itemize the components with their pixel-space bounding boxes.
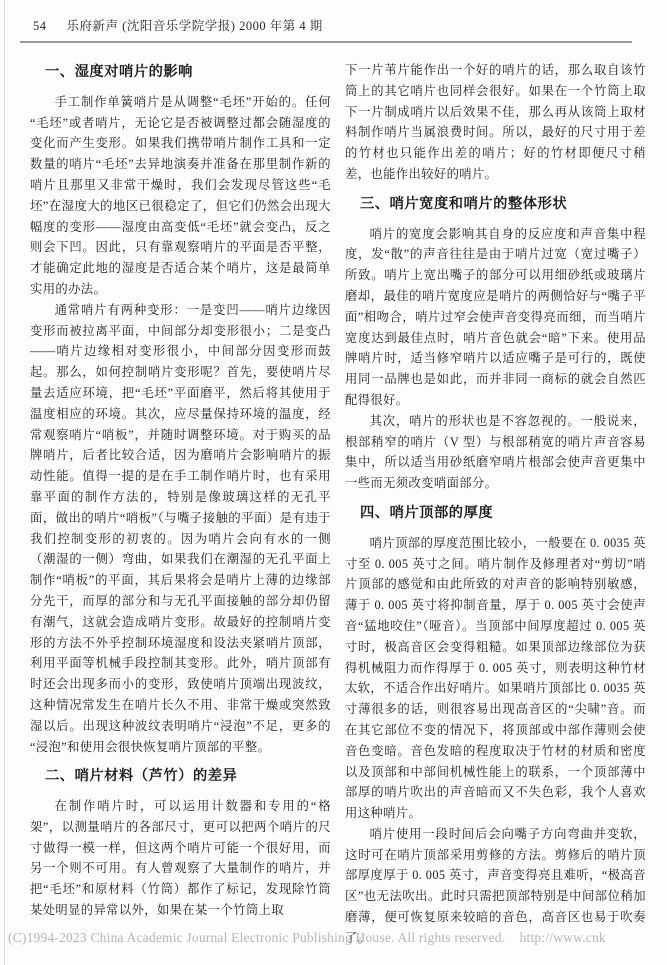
section-3-paragraph-2: 其次，哨片的形状也是不容忽视的。一般说来，根部稍窄的哨片（V 型）与根部稍宽的哨… [345, 411, 646, 494]
section-4-heading: 四、哨片顶部的厚度 [345, 503, 646, 524]
section-1-heading: 一、湿度对哨片的影响 [30, 62, 331, 83]
section-3-heading: 三、哨片宽度和哨片的整体形状 [345, 194, 646, 215]
journal-title: 乐府新声 (沈阳音乐学院学报) 2000 年第 4 期 [67, 16, 323, 34]
right-column: 下一片苇片能作出一个好的哨片的话，那么取自该竹筒上的其它哨片也同样会很好。如果在… [345, 60, 646, 949]
section-3-paragraph-1: 哨片的宽度会影响其自身的反应度和声音集中程度，发“散”的声音往往是由于哨片过宽（… [345, 224, 646, 411]
section-2-paragraph-left-part: 在制作哨片时，可以运用计数器和专用的“格架”，以测量哨片的各部尺寸，更可以把两个… [30, 796, 331, 921]
left-column: 一、湿度对哨片的影响 手工制作单簧哨片是从调整“毛坯”开始的。任何“毛坯”或者哨… [30, 60, 331, 949]
section-1-paragraph-2: 通常哨片有两种变形：一是变凹——哨片边缘因变形而被拉离平面，中间部分却变形很小；… [30, 300, 331, 758]
page-number: 54 [33, 19, 47, 34]
page-header: 54 乐府新声 (沈阳音乐学院学报) 2000 年第 4 期 [33, 16, 637, 34]
section-2-paragraph-right-part: 下一片苇片能作出一个好的哨片的话，那么取自该竹筒上的其它哨片也同样会很好。如果在… [345, 60, 646, 185]
journal-page: { "header": { "page_number": "54", "jour… [0, 0, 667, 965]
header-rule [20, 41, 632, 43]
section-4-paragraph-1: 哨片顶部的厚度范围比较小，一般要在 0. 0035 英寸至 0. 005 英寸之… [345, 533, 646, 824]
section-1-paragraph-1: 手工制作单簧哨片是从调整“毛坯”开始的。任何“毛坯”或者哨片，无论它是否被调整过… [30, 92, 331, 300]
copyright-watermark: (C)1994-2023 China Academic Journal Elec… [8, 930, 606, 946]
article-body: 一、湿度对哨片的影响 手工制作单簧哨片是从调整“毛坯”开始的。任何“毛坯”或者哨… [30, 60, 646, 949]
scan-edge-line [4, 0, 5, 965]
section-2-heading: 二、哨片材料（芦竹）的差异 [30, 766, 331, 787]
